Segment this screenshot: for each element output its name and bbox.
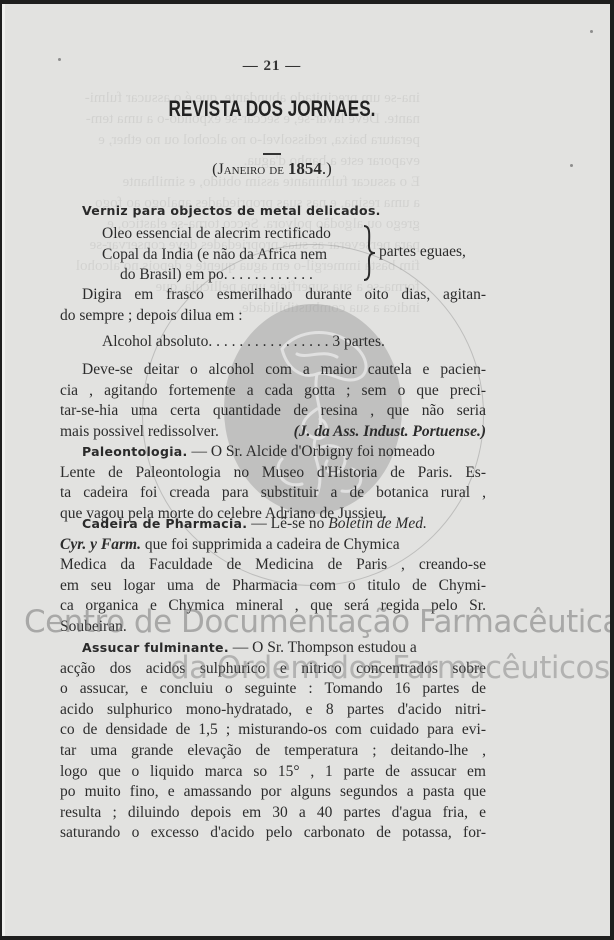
text-span: mais possivel redissolver. [60,422,219,443]
section-paleontologia: Paleontologia. — O Sr. Alcide d'Orbigny … [60,442,486,524]
section-heading: Cadeira de Pharmacia. [82,516,247,531]
text-line: do sempre ; depois dilua em : [60,306,486,327]
text-line: saturando o excesso d'acido pelo carbona… [60,823,486,844]
text-span: — Lê-se no [247,515,328,532]
verniz-instructions: Digira em frasco esmerilhado durante oit… [60,285,486,326]
text-line: Medica da Faculdade de Medicina de Paris… [60,555,486,576]
paper-speck [570,164,573,167]
recipe-item: Copal da India (e não da Africa nem [102,245,331,266]
recipe-proportion: partes eguaes, [379,243,466,261]
brace-icon [362,224,376,282]
text-line: resulta ; diluindo depois em 30 a 40 par… [60,803,486,824]
paper-speck [590,30,593,33]
text-line: em seu logar uma de Pharmacia com o titu… [60,576,486,597]
text-line: tar uma grande elevação de temperatura ;… [60,741,486,762]
title-rule [263,153,281,155]
recipe-list: Oleo essencial de alecrim rectificado Co… [102,224,331,286]
text-line: po muito fino, e amassando por alguns se… [60,782,486,803]
text-line: Deve-se deitar o alcohol com a maior cau… [60,360,486,381]
text-line: Cyr. y Farm. que foi supprimida a cadeir… [60,535,486,556]
paper-speck [58,58,61,61]
issue-date: (Janeiro de 1854.) [2,159,542,179]
text-line: ta cadeira foi creada para substituir a … [60,483,486,504]
text-line: mais possivel redissolver. (J. da Ass. I… [60,422,486,443]
text-span: — O Sr. Alcide d'Orbigny foi nomeado [188,443,435,460]
page-title: REVISTA DOS JORNAES. [61,96,482,122]
text-span: que foi supprimida a cadeira de Chymica [141,536,400,553]
date-suffix: .) [322,159,332,178]
text-line: Paleontologia. — O Sr. Alcide d'Orbigny … [60,442,486,463]
page-content: — 21 — REVISTA DOS JORNAES. (Janeiro de … [2,4,610,936]
text-line: Lente de Paleontologia no Museo d'Histor… [60,463,486,484]
scanned-page: ina-se um precipitado abundante, que é o… [2,4,610,936]
journal-title: Cyr. y Farm. [60,536,141,553]
journal-title: Boletin de Med. [328,515,427,532]
text-line: logo que o liquido marca so 15° , 1 part… [60,762,486,783]
text-line: co de densidade de 1,5 ; misturando-os c… [60,720,486,741]
section-verniz: Verniz para objectos de metal delicados. [82,201,508,222]
verniz-paragraph: Deve-se deitar o alcohol com a maior cau… [60,360,486,442]
date-year: 1854 [288,159,322,178]
text-line: cia , agitando fortemente a cada gotta ;… [60,381,486,402]
date-prefix: (Janeiro de [212,161,288,178]
watermark-text-line2: da Ordem dos Farmacêuticos [170,650,610,686]
text-line: Digira em frasco esmerilhado durante oit… [60,285,486,306]
alcohol-line: Alcohol absoluto. . . . . . . . . . . . … [102,332,442,353]
watermark-text-line1: Centro de Documentação Farmacêutica [24,604,610,640]
recipe-item: do Brasil) em po. . . . . . . . . . . . [102,265,331,286]
text-line: acido sulphurico mono-hydratado, e 8 par… [60,700,486,721]
page-number: — 21 — [2,58,542,75]
section-heading: Verniz para objectos de metal delicados. [82,201,508,222]
text-line: tar-se-hia uma certa quantidade de resin… [60,401,486,422]
source-citation: (J. da Ass. Indust. Portuense.) [294,422,486,443]
section-heading: Paleontologia. [82,444,188,459]
text-line: Alcohol absoluto. . . . . . . . . . . . … [102,332,442,353]
text-line: Cadeira de Pharmacia. — Lê-se no Boletin… [60,514,486,535]
recipe-item: Oleo essencial de alecrim rectificado [102,224,331,245]
